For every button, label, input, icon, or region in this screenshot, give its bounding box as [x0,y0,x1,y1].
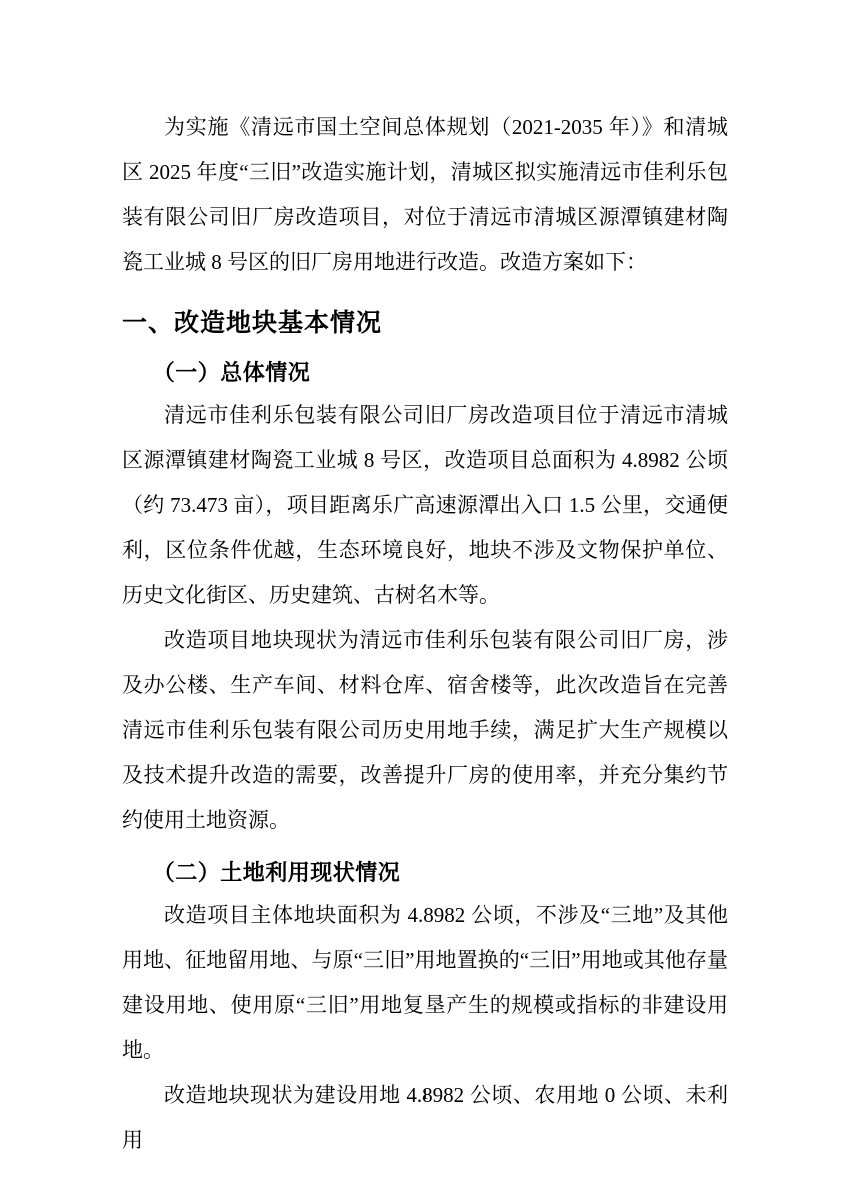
subsection-1-1-paragraph-1: 清远市佳利乐包装有限公司旧厂房改造项目位于清远市清城区源潭镇建材陶瓷工业城 8 … [122,393,728,618]
document-content: 为实施《清远市国土空间总体规划（2021-2035 年）》和清城区 2025 年… [122,105,728,1163]
subsection-1-1-paragraph-2: 改造项目地块现状为清远市佳利乐包装有限公司旧厂房，涉及办公楼、生产车间、材料仓库… [122,618,728,843]
document-page: 为实施《清远市国土空间总体规划（2021-2035 年）》和清城区 2025 年… [0,0,850,1202]
subsection-1-1-heading: （一）总体情况 [122,358,728,388]
intro-paragraph: 为实施《清远市国土空间总体规划（2021-2035 年）》和清城区 2025 年… [122,105,728,285]
subsection-1-2-paragraph-1: 改造项目主体地块面积为 4.8982 公顷，不涉及“三地”及其他用地、征地留用地… [122,893,728,1073]
subsection-1-2-heading: （二）土地利用现状情况 [122,858,728,888]
page-number: 1 [0,1085,850,1105]
section-1-heading: 一、改造地块基本情况 [122,305,728,341]
